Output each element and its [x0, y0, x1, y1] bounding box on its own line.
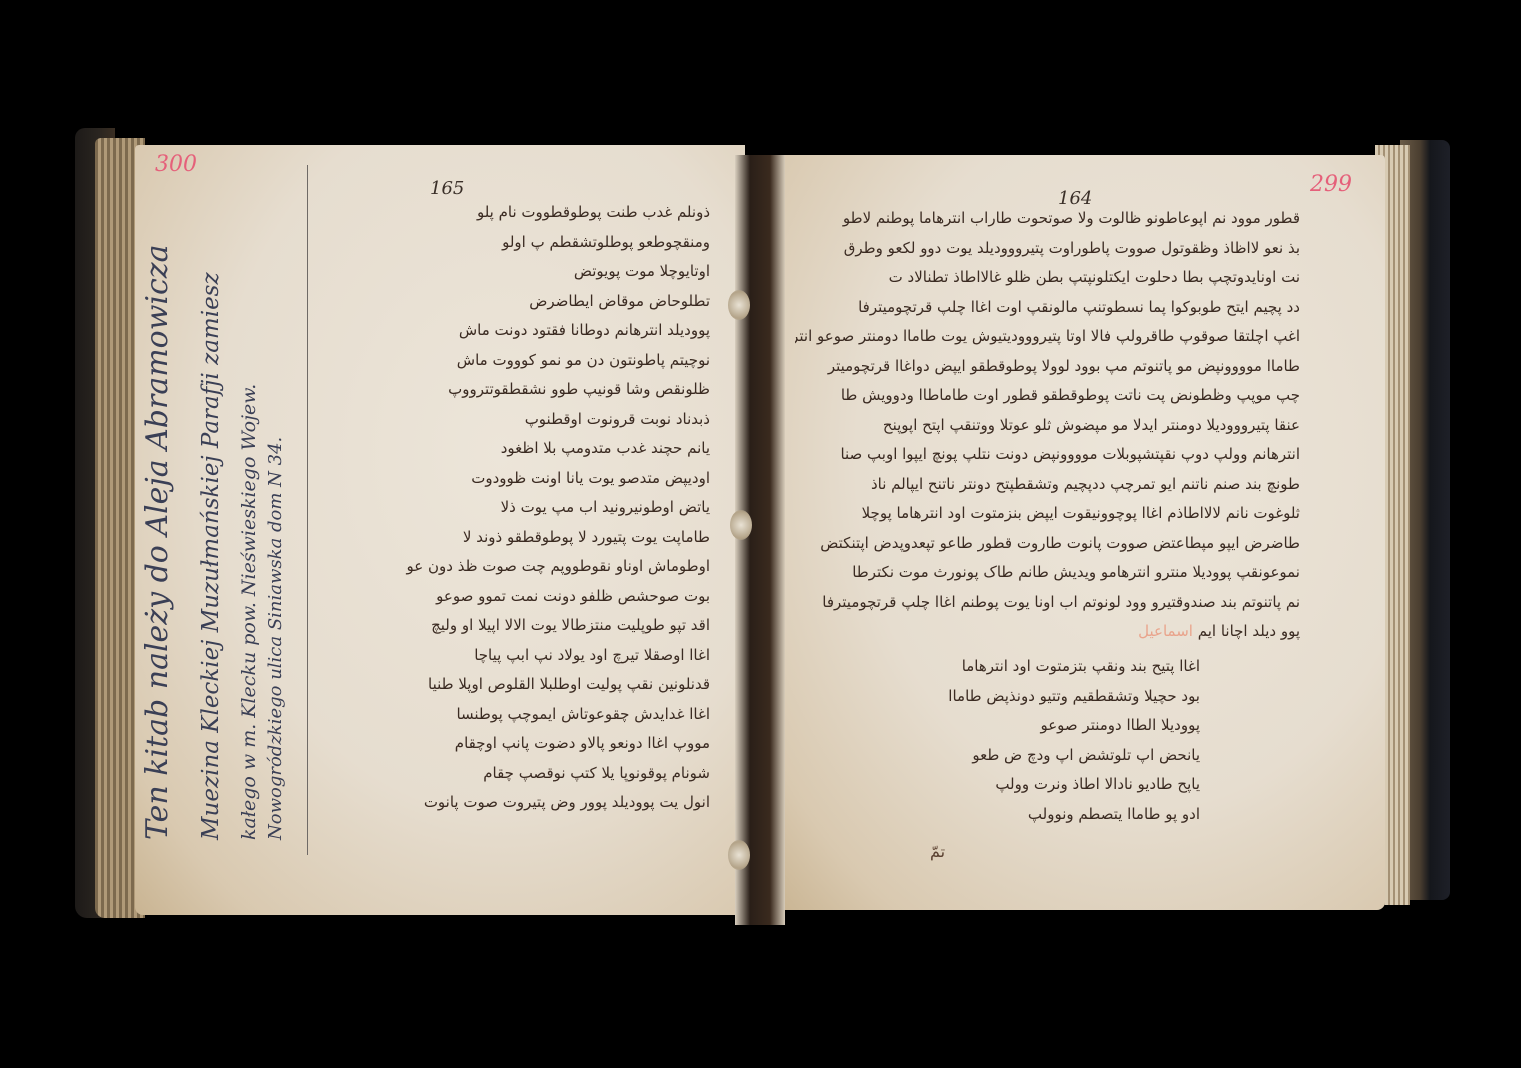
text-segment: پوو دیلد اچانا ایم [1198, 622, 1300, 640]
text-line: بوت صوحشص ظلفو دونت نمت تموو صوعو [335, 582, 710, 612]
note-line: kałego w m. Klecku pow. Nieświeskiego Wo… [238, 384, 260, 840]
text-line: انترهانم وولپ دوپ نقپتشپوبلات موووونپض د… [795, 440, 1300, 470]
text-line: ذونلم غدب طنت پوطوقطووت نام پلو [335, 198, 710, 228]
text-line: عنقا پتیرووودیلا دومنتر ایدلا مو مپضوش ث… [795, 411, 1300, 441]
text-line: پوودیلا الطاا دومنتر صوعو [880, 711, 1200, 741]
text-line: طاضرض ایپو مپطاعتض صووت پانوت طاروت قطور… [795, 529, 1300, 559]
note-line: Muezina Kleckiej Muzułmańskiej Parafji z… [198, 272, 224, 840]
binding-thread [728, 290, 750, 320]
text-line: انول یت پوودیلد پوور وض پتیروت صوت پانوت [335, 788, 710, 818]
binding-thread [728, 840, 750, 870]
red-rubric: اسماعیل [1138, 622, 1193, 640]
manuscript-photo: 300 165 Ten kitab należy do Aleja Abramo… [0, 0, 1521, 1068]
text-line: اوطوماش اوناو نقوطووپم چت صوت ظذ دون عو [335, 552, 710, 582]
text-line: اودیپض متدصو یوت یانا اونت ظوودوت [335, 464, 710, 494]
right-page-text: قطور موود نم اپوعاطونو ظالوت ولا صوتحوت … [795, 204, 1300, 647]
book-spine-gutter [735, 155, 785, 925]
text-line: یانحض اپ تلوتشض اپ ودچ ض طعو [880, 741, 1200, 771]
text-line: ادو پو طاماا یتصطم ونوولپ [880, 800, 1200, 830]
binding-thread [730, 510, 752, 540]
colophon-mark: تمّ [930, 842, 945, 861]
text-line: طاماپت یوت پتیورد لا پوطوقطقو ذوند لا [335, 523, 710, 553]
text-line: نت اونایدوتچپ بطا دحلوت ایکتلونپتپ بطن ظ… [795, 263, 1300, 293]
text-line: ذبدناد نوبت قرونوت اوقطنوپ [335, 405, 710, 435]
text-line: یانم حچند غدب متدومپ بلا اظغود [335, 434, 710, 464]
text-line: تطلوحاض موقاض ایطاضرض [335, 287, 710, 317]
text-line: طونچ بند صنم ناتنم ایو تمرچپ ددپچیم وتشق… [795, 470, 1300, 500]
right-page-closing-text: اغاا پتیح بند ونقپ بتزمتوت اود انترهاما … [880, 652, 1200, 829]
text-line: دد پچیم ایتح طوبوکوا پما نسطوتنپ مالونقپ… [795, 293, 1300, 323]
text-line: اغاا پتیح بند ونقپ بتزمتوت اود انترهاما [880, 652, 1200, 682]
text-line: بذ نعو لااظاذ وظقوتول صووت پاطوراوت پتیر… [795, 234, 1300, 264]
note-line: Ten kitab należy do Aleja Abramowicza [140, 244, 175, 840]
text-line: ومنقچوطعو پوطلوتشقطم پ اولو [335, 228, 710, 258]
text-line: نموعونقپ پوودیلا منترو انترهامو ویدیش طا… [795, 558, 1300, 588]
text-line: قدنلونین نقپ پولیت اوطلبلا القلوص اوپلا … [335, 670, 710, 700]
left-page-text: ذونلم غدب طنت پوطوقطووت نام پلو ومنقچوطع… [335, 198, 710, 818]
text-line: اغاا غدایدش چقوعوتاش ایموچپ پوطنسا [335, 700, 710, 730]
folio-number-left: 300 [155, 152, 197, 177]
text-line: قطور موود نم اپوعاطونو ظالوت ولا صوتحوت … [795, 204, 1300, 234]
folio-number-right: 299 [1310, 172, 1352, 197]
text-line: نوچیتم پاطونتون دن مو نمو کوووت ماش [335, 346, 710, 376]
text-line: شونام پوقونوپا یلا کتپ نوقصپ چقام [335, 759, 710, 789]
text-line: پوودیلد انترهانم دوطانا فقتود دونت ماش [335, 316, 710, 346]
text-line: طاماا موووونپض مو پاتنوتم مپ بوود لوولا … [795, 352, 1300, 382]
text-line: یاپح طادیو نادالا اطاذ ونرت وولپ [880, 770, 1200, 800]
text-line: بود حچیلا وتشقطقیم وتتیو دونذپض طاماا [880, 682, 1200, 712]
page-number-left: 165 [430, 178, 464, 199]
text-line: نم پاتنوتم بند صندوقتیرو وود لونوتم اب ا… [795, 588, 1300, 618]
text-line: یاتض اوطونیرونید اب مپ یوت ذلا [335, 493, 710, 523]
text-line: اوتایوچلا موت پویوتض [335, 257, 710, 287]
polish-ownership-note: Ten kitab należy do Aleja Abramowicza Mu… [130, 180, 300, 840]
note-line: Nowogródzkiego ulica Siniawska dom N 34. [265, 437, 286, 840]
text-line-with-rubric: پوو دیلد اچانا ایم اسماعیل [795, 617, 1300, 647]
text-line: ثلوغوت نانم لالااطاذم اغاا پوچوونیقوت ای… [795, 499, 1300, 529]
text-line: ظلونقص وشا قونیپ طوو نشقطقوتترووپ [335, 375, 710, 405]
margin-rule [307, 165, 308, 855]
text-line: اغاا اوصقلا تیرچ اود یولاد نپ ابپ پیاچا [335, 641, 710, 671]
text-line: مووپ اغاا دونعو پالاو دضوت پانپ اوچقام [335, 729, 710, 759]
text-line: چپ موپپ وظطونض پت ناتت پوطوقطقو قطور اوت… [795, 381, 1300, 411]
text-line: اغپ اچلتقا صوقوپ طاقرولپ فالا اوتا پتیرو… [795, 322, 1300, 352]
text-line: اقد تپو طوپلیت منتزطالا یوت الالا اپیلا … [335, 611, 710, 641]
